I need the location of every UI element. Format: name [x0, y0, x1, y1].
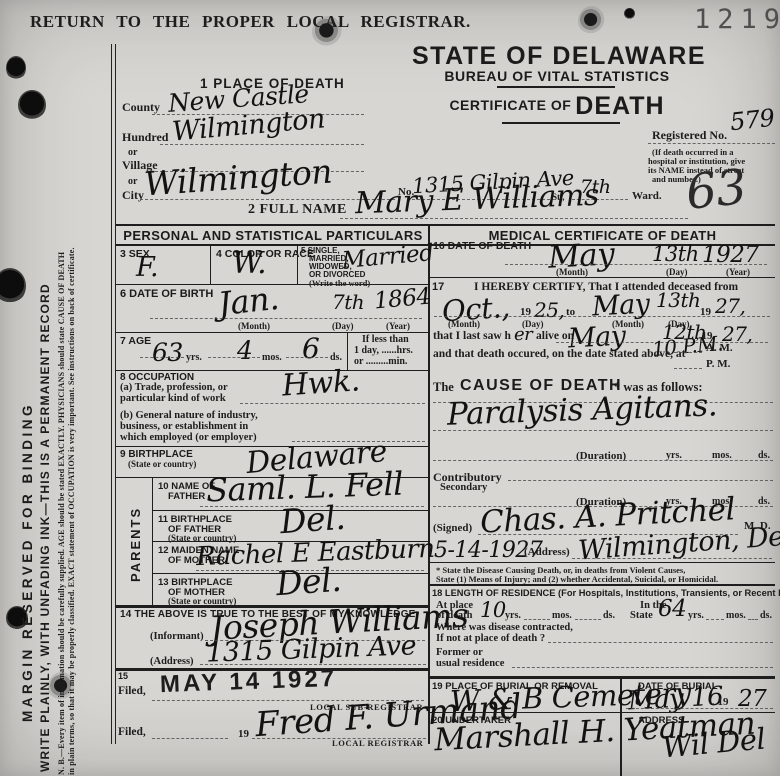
- write-word-note: (Write the word): [309, 278, 370, 288]
- length-of-residence-header: 18 LENGTH OF RESIDENCE (For Hospitals, I…: [432, 588, 780, 598]
- occupation-b-label-line1: (b) General nature of industry,: [120, 410, 258, 421]
- writing-line: [140, 357, 184, 358]
- if-less-than-line3: or .........min.: [354, 356, 407, 367]
- certificate-title: CERTIFICATE OF DEATH: [412, 92, 702, 121]
- death-occurred-statement: and that death occured, on the date stat…: [433, 348, 685, 360]
- in-the-label-line2: State: [630, 610, 653, 621]
- parents-label: PARENTS: [128, 507, 143, 582]
- occupation-b-label-line3: which employed (or employer): [120, 432, 257, 443]
- certificate-of-label: CERTIFICATE OF: [449, 97, 571, 113]
- disease-contracted-label-line1: Where was disease contracted,: [436, 622, 573, 633]
- mother-birthplace-value: Del.: [275, 560, 343, 603]
- former-residence-label-line2: usual residence: [436, 658, 504, 669]
- secondary-label: Secondary: [440, 482, 487, 493]
- rule: [502, 122, 620, 124]
- rule: [430, 277, 775, 278]
- occupation-b-label-line2: business, or establishment in: [120, 421, 248, 432]
- filed-section-number: 15: [118, 671, 128, 681]
- rule: [497, 86, 615, 88]
- binding-rule: [111, 44, 116, 744]
- attended-to-year-value: 27,: [715, 294, 745, 318]
- or-label: or: [128, 147, 137, 158]
- writing-line: [434, 316, 770, 317]
- ink-blot: [0, 268, 26, 304]
- month-sublabel: (Month): [448, 319, 480, 329]
- attended-to-month-value: May: [591, 289, 650, 323]
- informant-address-value: 1315 Gilpin Ave: [206, 630, 417, 668]
- writing-line: [433, 460, 773, 461]
- rule: [297, 246, 298, 284]
- return-notice: RETURN TO THE PROPER LOCAL REGISTRAR.: [30, 12, 471, 32]
- father-birthplace-value: Del.: [279, 498, 347, 541]
- certificate-stamp-number: 1219: [694, 4, 780, 35]
- writing-line: [572, 558, 772, 559]
- occupation-a-label-line1: (a) Trade, profession, or: [120, 382, 228, 393]
- pm-label: P. M.: [706, 358, 730, 370]
- or-label: or: [128, 176, 137, 187]
- if-less-than-line1: If less than: [362, 334, 409, 345]
- writing-line: [208, 357, 260, 358]
- writing-line: [240, 403, 425, 404]
- writing-line: [524, 619, 550, 620]
- ds-label: ds.: [330, 352, 342, 363]
- writing-line: [508, 480, 773, 481]
- local-registrar-label: LOCAL REGISTRAR: [332, 738, 423, 748]
- year-sublabel: (Year): [386, 321, 410, 331]
- birth-year-value: 1864: [373, 284, 432, 315]
- residence-at-place-years: 10: [480, 598, 506, 622]
- hundred-label: Hundred: [122, 130, 168, 145]
- birth-day-value: 7th: [332, 290, 364, 314]
- birth-month-value: Jan.: [216, 279, 280, 323]
- informant-sublabel: (Informant): [150, 631, 204, 642]
- state-country-sublabel: (State or country): [128, 459, 196, 469]
- rule: [115, 224, 775, 226]
- mos-label: mos.: [552, 610, 572, 621]
- margin-nb-note-line1: N. B.—Every item of information should b…: [57, 252, 66, 775]
- occupation-a-value: Hwk.: [281, 363, 361, 403]
- writing-line: [152, 738, 228, 739]
- writing-line: [674, 368, 702, 369]
- mos-label: mos.: [726, 610, 746, 621]
- address-sublabel: (Address): [150, 656, 194, 667]
- ink-blot: [18, 90, 46, 120]
- day-sublabel: (Day): [666, 267, 688, 277]
- attended-to-day-value: 13th: [656, 288, 700, 312]
- month-sublabel: (Month): [238, 321, 270, 331]
- signed-sublabel: (Signed): [433, 522, 472, 534]
- violent-causes-footnote-line2: State (1) Means of Injury; and (2) wheth…: [436, 574, 718, 584]
- date-of-death-label: 16 DATE OF DEATH: [433, 240, 531, 252]
- writing-line: [150, 318, 422, 319]
- ward-label: Ward.: [632, 190, 662, 202]
- margin-binding-note: MARGIN RESERVED FOR BINDING: [20, 402, 35, 722]
- city-label: City: [122, 188, 144, 203]
- month-sublabel: (Month): [556, 267, 588, 277]
- yrs-label: yrs.: [688, 610, 704, 621]
- father-name-label-line2: FATHER: [168, 491, 205, 502]
- death-certificate-scan: RETURN TO THE PROPER LOCAL REGISTRAR. 12…: [0, 0, 780, 776]
- writing-line: [160, 144, 364, 145]
- writing-line: [648, 143, 775, 144]
- margin-permanent-record-note: WRITE PLAINLY, WITH UNFADING INK—THIS IS…: [38, 283, 52, 772]
- rule: [210, 246, 211, 284]
- undertaker-address-label: ADDRESS: [638, 715, 684, 726]
- residence-in-state-years: 64: [658, 596, 686, 622]
- year-prefix: 19: [238, 728, 249, 740]
- writing-line: [748, 619, 758, 620]
- mos-label: mos.: [262, 352, 282, 363]
- day-sublabel: (Day): [332, 321, 354, 331]
- writing-line: [505, 264, 767, 265]
- cause-the-label: The: [433, 380, 454, 395]
- age-days-value: 6: [302, 332, 319, 365]
- death-day-value: 13th: [652, 242, 699, 266]
- state-title: STATE OF DELAWARE: [412, 42, 702, 71]
- yrs-label: yrs.: [505, 610, 521, 621]
- am-label: A. M.: [706, 342, 733, 354]
- writing-line: [575, 619, 601, 620]
- date-of-birth-label: 6 DATE OF BIRTH: [120, 288, 213, 300]
- personal-section-header: PERSONAL AND STATISTICAL PARTICULARS: [118, 228, 428, 243]
- registered-no-label: Registered No.: [652, 128, 727, 143]
- ink-blot: [578, 6, 606, 36]
- last-saw-her-script: er: [514, 324, 532, 345]
- full-name-label: 2 FULL NAME: [248, 202, 347, 218]
- writing-line: [433, 430, 773, 431]
- county-label: County: [122, 100, 160, 115]
- death-label: DEATH: [575, 92, 664, 120]
- age-months-value: 4: [237, 336, 252, 365]
- writing-line: [286, 357, 328, 358]
- if-less-than-line2: 1 day, ......hrs.: [354, 345, 413, 356]
- race-value: W.: [232, 246, 266, 281]
- yrs-label: yrs.: [186, 352, 202, 363]
- writing-line: [512, 667, 773, 668]
- sex-value: F.: [136, 252, 158, 283]
- bureau-title: BUREAU OF VITAL STATISTICS: [412, 68, 702, 84]
- city-value: Wilmington: [143, 151, 333, 203]
- filed-date-stamp: MAY 14 1927: [160, 665, 338, 699]
- filed-label: Filed,: [118, 685, 146, 697]
- writing-line: [674, 352, 702, 353]
- ward-number-value: 63: [683, 159, 749, 221]
- at-place-label-line2: of death: [436, 610, 472, 621]
- year-sublabel: (Year): [726, 267, 750, 277]
- writing-line: [340, 218, 688, 219]
- margin-nb-note-line2: in plain terms, so that it may be proper…: [67, 247, 76, 775]
- former-residence-label-line1: Former or: [436, 647, 483, 658]
- ink-blot: [6, 56, 26, 80]
- age-label: 7 AGE: [120, 335, 151, 347]
- address-sublabel: (Address): [524, 546, 570, 558]
- rule: [430, 562, 775, 563]
- occupation-a-label-line2: particular kind of work: [120, 393, 226, 404]
- rule: [430, 584, 775, 586]
- ds-label: ds.: [603, 610, 615, 621]
- registered-no-value: 579: [729, 104, 776, 136]
- last-saw-statement: that I last saw h: [433, 330, 511, 342]
- writing-line: [706, 619, 724, 620]
- full-name-value: Mary E Williams: [354, 178, 599, 221]
- age-years-value: 63: [152, 338, 183, 367]
- ds-label: ds.: [760, 610, 772, 621]
- ink-blot: [624, 8, 635, 19]
- filed-label-2: Filed,: [118, 726, 146, 738]
- certify-section-number: 17: [432, 281, 444, 293]
- disease-contracted-label-line2: If not at place of death ?: [436, 633, 545, 644]
- writing-line: [548, 642, 773, 643]
